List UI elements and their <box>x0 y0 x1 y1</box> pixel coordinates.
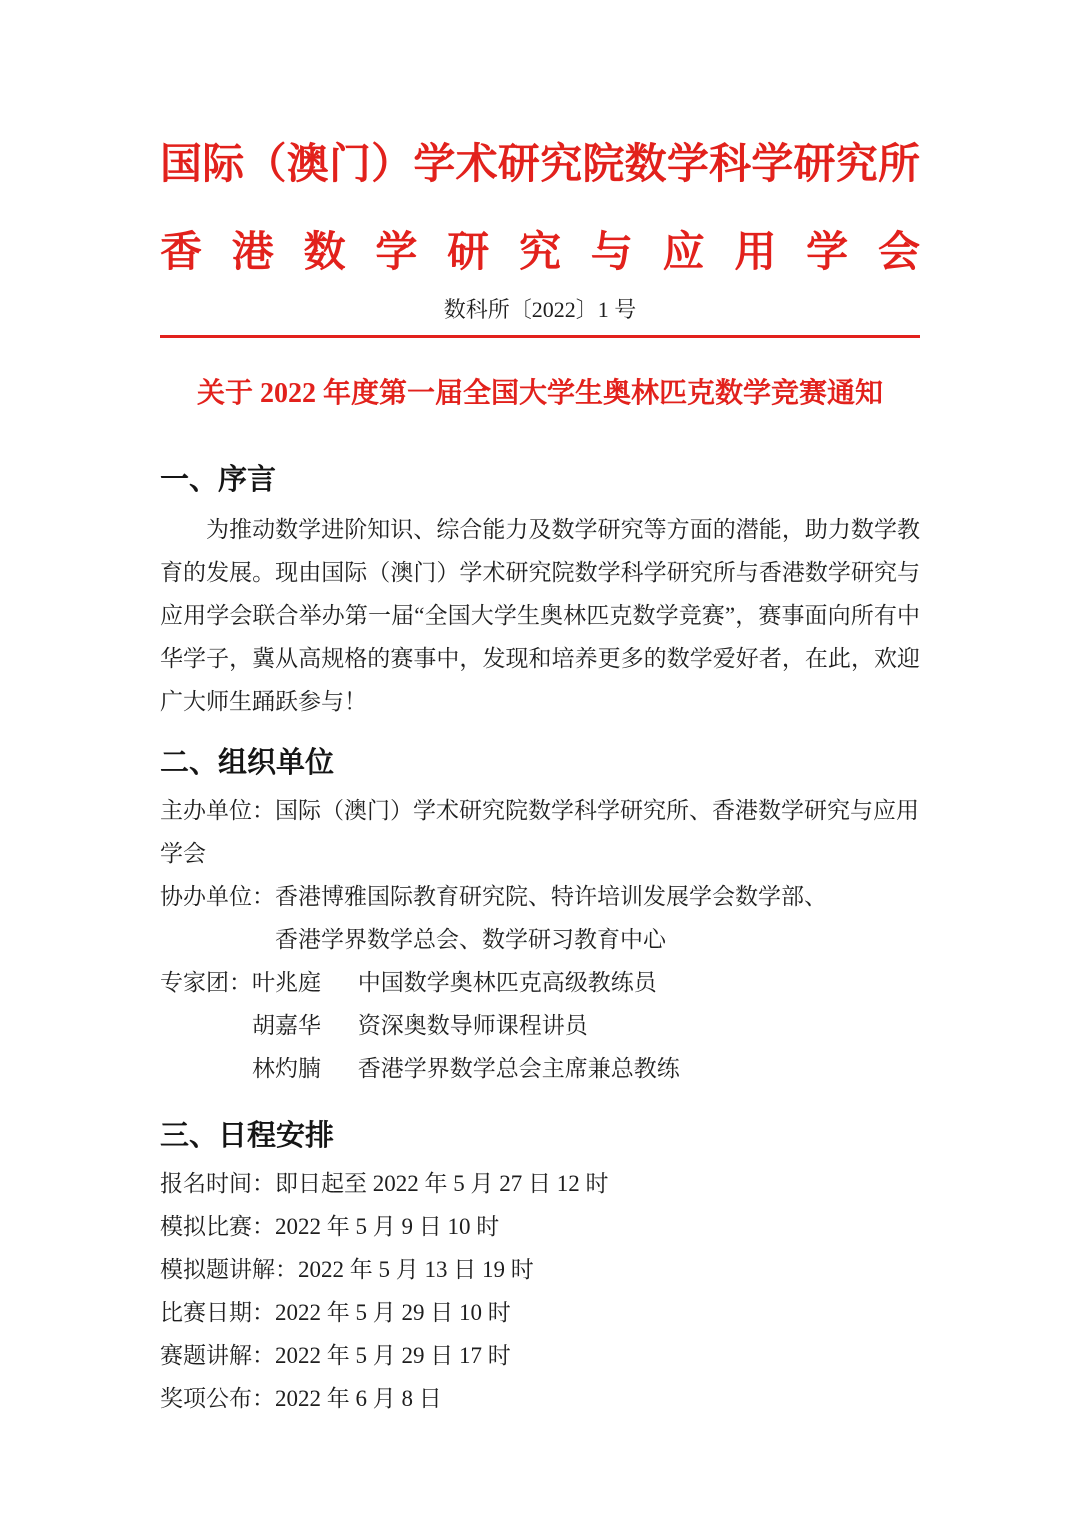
letterhead-org-line-2: 香港数学研究与应用学会 <box>160 223 920 283</box>
expert-title: 中国数学奥林匹克高级教练员 <box>358 970 657 995</box>
schedule-value: 2022 年 6 月 8 日 <box>275 1386 442 1411</box>
schedule-row: 奖项公布：2022 年 6 月 8 日 <box>160 1377 920 1420</box>
schedule-label: 模拟题讲解： <box>160 1257 298 1282</box>
organization-rows: 主办单位：国际（澳门）学术研究院数学科学研究所、香港数学研究与应用学会 协办单位… <box>160 789 920 1090</box>
schedule-label: 奖项公布： <box>160 1386 275 1411</box>
co-organizer-label: 协办单位： <box>160 884 275 909</box>
notice-title: 关于 2022 年度第一届全国大学生奥林匹克数学竞赛通知 <box>160 372 920 416</box>
host-unit-label: 主办单位： <box>160 798 275 823</box>
expert-row: 胡嘉华资深奥数导师课程讲员 <box>160 1004 920 1047</box>
co-organizer-continuation-row: 香港学界数学总会、数学研习教育中心 <box>160 918 920 961</box>
co-organizer-value-line-2: 香港学界数学总会、数学研习教育中心 <box>275 927 666 952</box>
expert-name: 叶兆庭 <box>252 961 321 1004</box>
schedule-rows: 报名时间：即日起至 2022 年 5 月 27 日 12 时 模拟比赛：2022… <box>160 1162 920 1420</box>
red-divider-rule <box>160 335 920 338</box>
schedule-row: 报名时间：即日起至 2022 年 5 月 27 日 12 时 <box>160 1162 920 1205</box>
schedule-label: 报名时间： <box>160 1171 275 1196</box>
expert-title: 资深奥数导师课程讲员 <box>358 1013 588 1038</box>
section-heading-schedule: 三、日程安排 <box>160 1114 920 1158</box>
schedule-row: 比赛日期：2022 年 5 月 29 日 10 时 <box>160 1291 920 1334</box>
expert-name: 胡嘉华 <box>252 1004 321 1047</box>
schedule-label: 模拟比赛： <box>160 1214 275 1239</box>
schedule-value: 2022 年 5 月 29 日 10 时 <box>275 1300 511 1325</box>
schedule-row: 模拟比赛：2022 年 5 月 9 日 10 时 <box>160 1205 920 1248</box>
schedule-value: 2022 年 5 月 13 日 19 时 <box>298 1257 534 1282</box>
schedule-label: 赛题讲解： <box>160 1343 275 1368</box>
letterhead-org-line-1: 国际（澳门）学术研究院数学科学研究所 <box>160 135 920 195</box>
expert-row: 林灼腩香港学界数学总会主席兼总教练 <box>160 1047 920 1090</box>
schedule-value: 即日起至 2022 年 5 月 27 日 12 时 <box>275 1171 609 1196</box>
schedule-value: 2022 年 5 月 29 日 17 时 <box>275 1343 511 1368</box>
expert-name: 林灼腩 <box>252 1047 321 1090</box>
schedule-row: 赛题讲解：2022 年 5 月 29 日 17 时 <box>160 1334 920 1377</box>
schedule-label: 比赛日期： <box>160 1300 275 1325</box>
co-organizer-value-line-1: 香港博雅国际教育研究院、特许培训发展学会数学部、 <box>275 884 827 909</box>
schedule-value: 2022 年 5 月 9 日 10 时 <box>275 1214 499 1239</box>
document-page: 国际（澳门）学术研究院数学科学研究所 香港数学研究与应用学会 数科所〔2022〕… <box>0 0 1080 1527</box>
expert-team-label: 专家团： <box>160 970 252 995</box>
host-unit-row: 主办单位：国际（澳门）学术研究院数学科学研究所、香港数学研究与应用学会 <box>160 789 920 875</box>
document-number: 数科所〔2022〕1 号 <box>160 293 920 327</box>
section-heading-organization: 二、组织单位 <box>160 741 920 785</box>
expert-team-row: 专家团：叶兆庭中国数学奥林匹克高级教练员 <box>160 961 920 1004</box>
section-heading-preface: 一、序言 <box>160 458 920 502</box>
schedule-row: 模拟题讲解：2022 年 5 月 13 日 19 时 <box>160 1248 920 1291</box>
co-organizer-row: 协办单位：香港博雅国际教育研究院、特许培训发展学会数学部、 <box>160 875 920 918</box>
expert-title: 香港学界数学总会主席兼总教练 <box>358 1056 680 1081</box>
preface-paragraph: 为推动数学进阶知识、综合能力及数学研究等方面的潜能，助力数学教育的发展。现由国际… <box>160 508 920 723</box>
